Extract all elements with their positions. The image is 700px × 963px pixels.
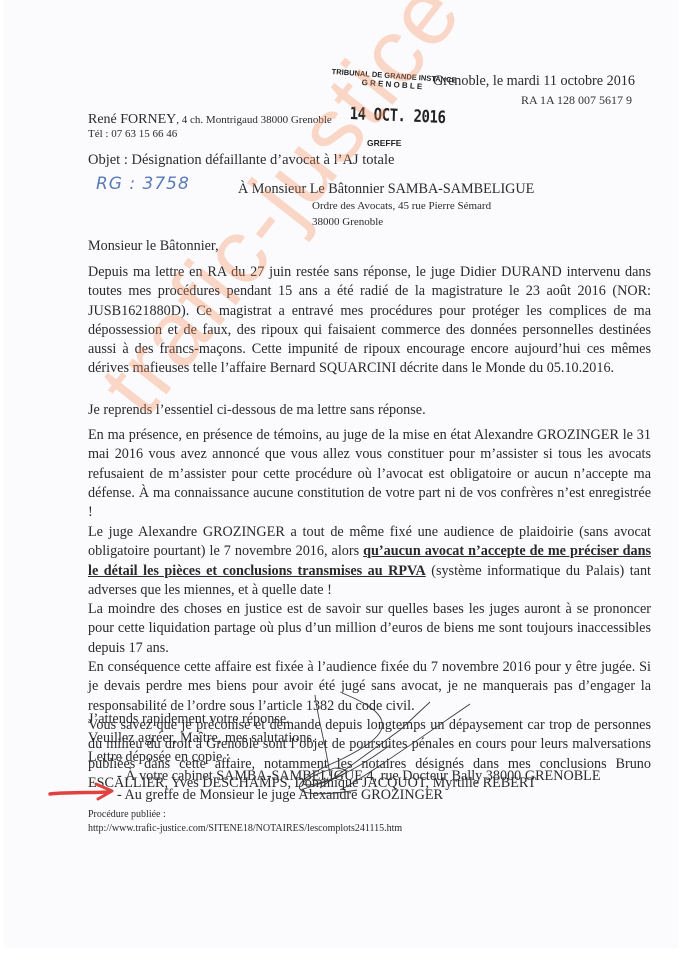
closing-line-2: Veuillez agréer, Maître, mes salutations… — [88, 730, 316, 747]
copy-recipient-2: - Au greffe de Monsieur le juge Alexandr… — [117, 787, 443, 804]
sender-phone: Tél : 07 63 15 66 46 — [88, 128, 177, 140]
sender-line: René FORNEY, 4 ch. Montrigaud 38000 Gren… — [88, 112, 332, 128]
sender-address: , 4 ch. Montrigaud 38000 Grenoble — [176, 114, 332, 126]
published-label: Procédure publiée : — [88, 809, 166, 820]
paragraph-summary-intro: Je reprends l’essentiel ci-dessous de ma… — [88, 401, 651, 420]
recipient-address-line1: Ordre des Avocats, 45 rue Pierre Sémard — [312, 200, 491, 212]
handwritten-case-number: RG : 3758 — [96, 174, 190, 194]
paragraph-text: La moindre des choses en justice est de … — [88, 600, 651, 658]
paragraph-text: En ma présence, en présence de témoins, … — [88, 426, 651, 522]
paragraph-consequence: En conséquence cette affaire est fixée à… — [88, 658, 651, 716]
paragraph-text: En conséquence cette affaire est fixée à… — [88, 658, 651, 716]
closing-line-1: J’attends rapidement votre réponse. — [88, 711, 290, 728]
recipient-address-line2: 38000 Grenoble — [312, 216, 383, 228]
published-url[interactable]: http://www.trafic-justice.com/SITENE18/N… — [88, 823, 402, 834]
copies-label: Lettre déposée en copie : — [88, 749, 230, 766]
paragraph-judge-durand: Depuis ma lettre en RA du 27 juin restée… — [88, 263, 651, 379]
place-and-date: Grenoble, le mardi 11 octobre 2016 — [433, 73, 635, 90]
court-stamp-date: 14 OCT. 2016 — [349, 104, 445, 128]
salutation: Monsieur le Bâtonnier, — [88, 238, 219, 255]
letter-subject: Objet : Désignation défaillante d’avocat… — [88, 152, 394, 169]
court-stamp-office: GREFFE — [367, 138, 401, 148]
copy-recipient-1: - À votre cabinet SAMBA-SAMBELIGUE 4, ru… — [117, 768, 600, 785]
paragraph-liquidation: La moindre des choses en justice est de … — [88, 600, 651, 658]
recipient-name: À Monsieur Le Bâtonnier SAMBA-SAMBELIGUE — [238, 181, 534, 198]
paragraph-text: Je reprends l’essentiel ci-dessous de ma… — [88, 401, 651, 420]
paragraph-presence: En ma présence, en présence de témoins, … — [88, 426, 651, 522]
paragraph-text: Depuis ma lettre en RA du 27 juin restée… — [88, 263, 651, 379]
paragraph-hearing: Le juge Alexandre GROZINGER a tout de mê… — [88, 523, 651, 600]
registered-mail-reference: RA 1A 128 007 5617 9 — [521, 93, 632, 108]
sender-name: René FORNEY — [88, 112, 176, 127]
